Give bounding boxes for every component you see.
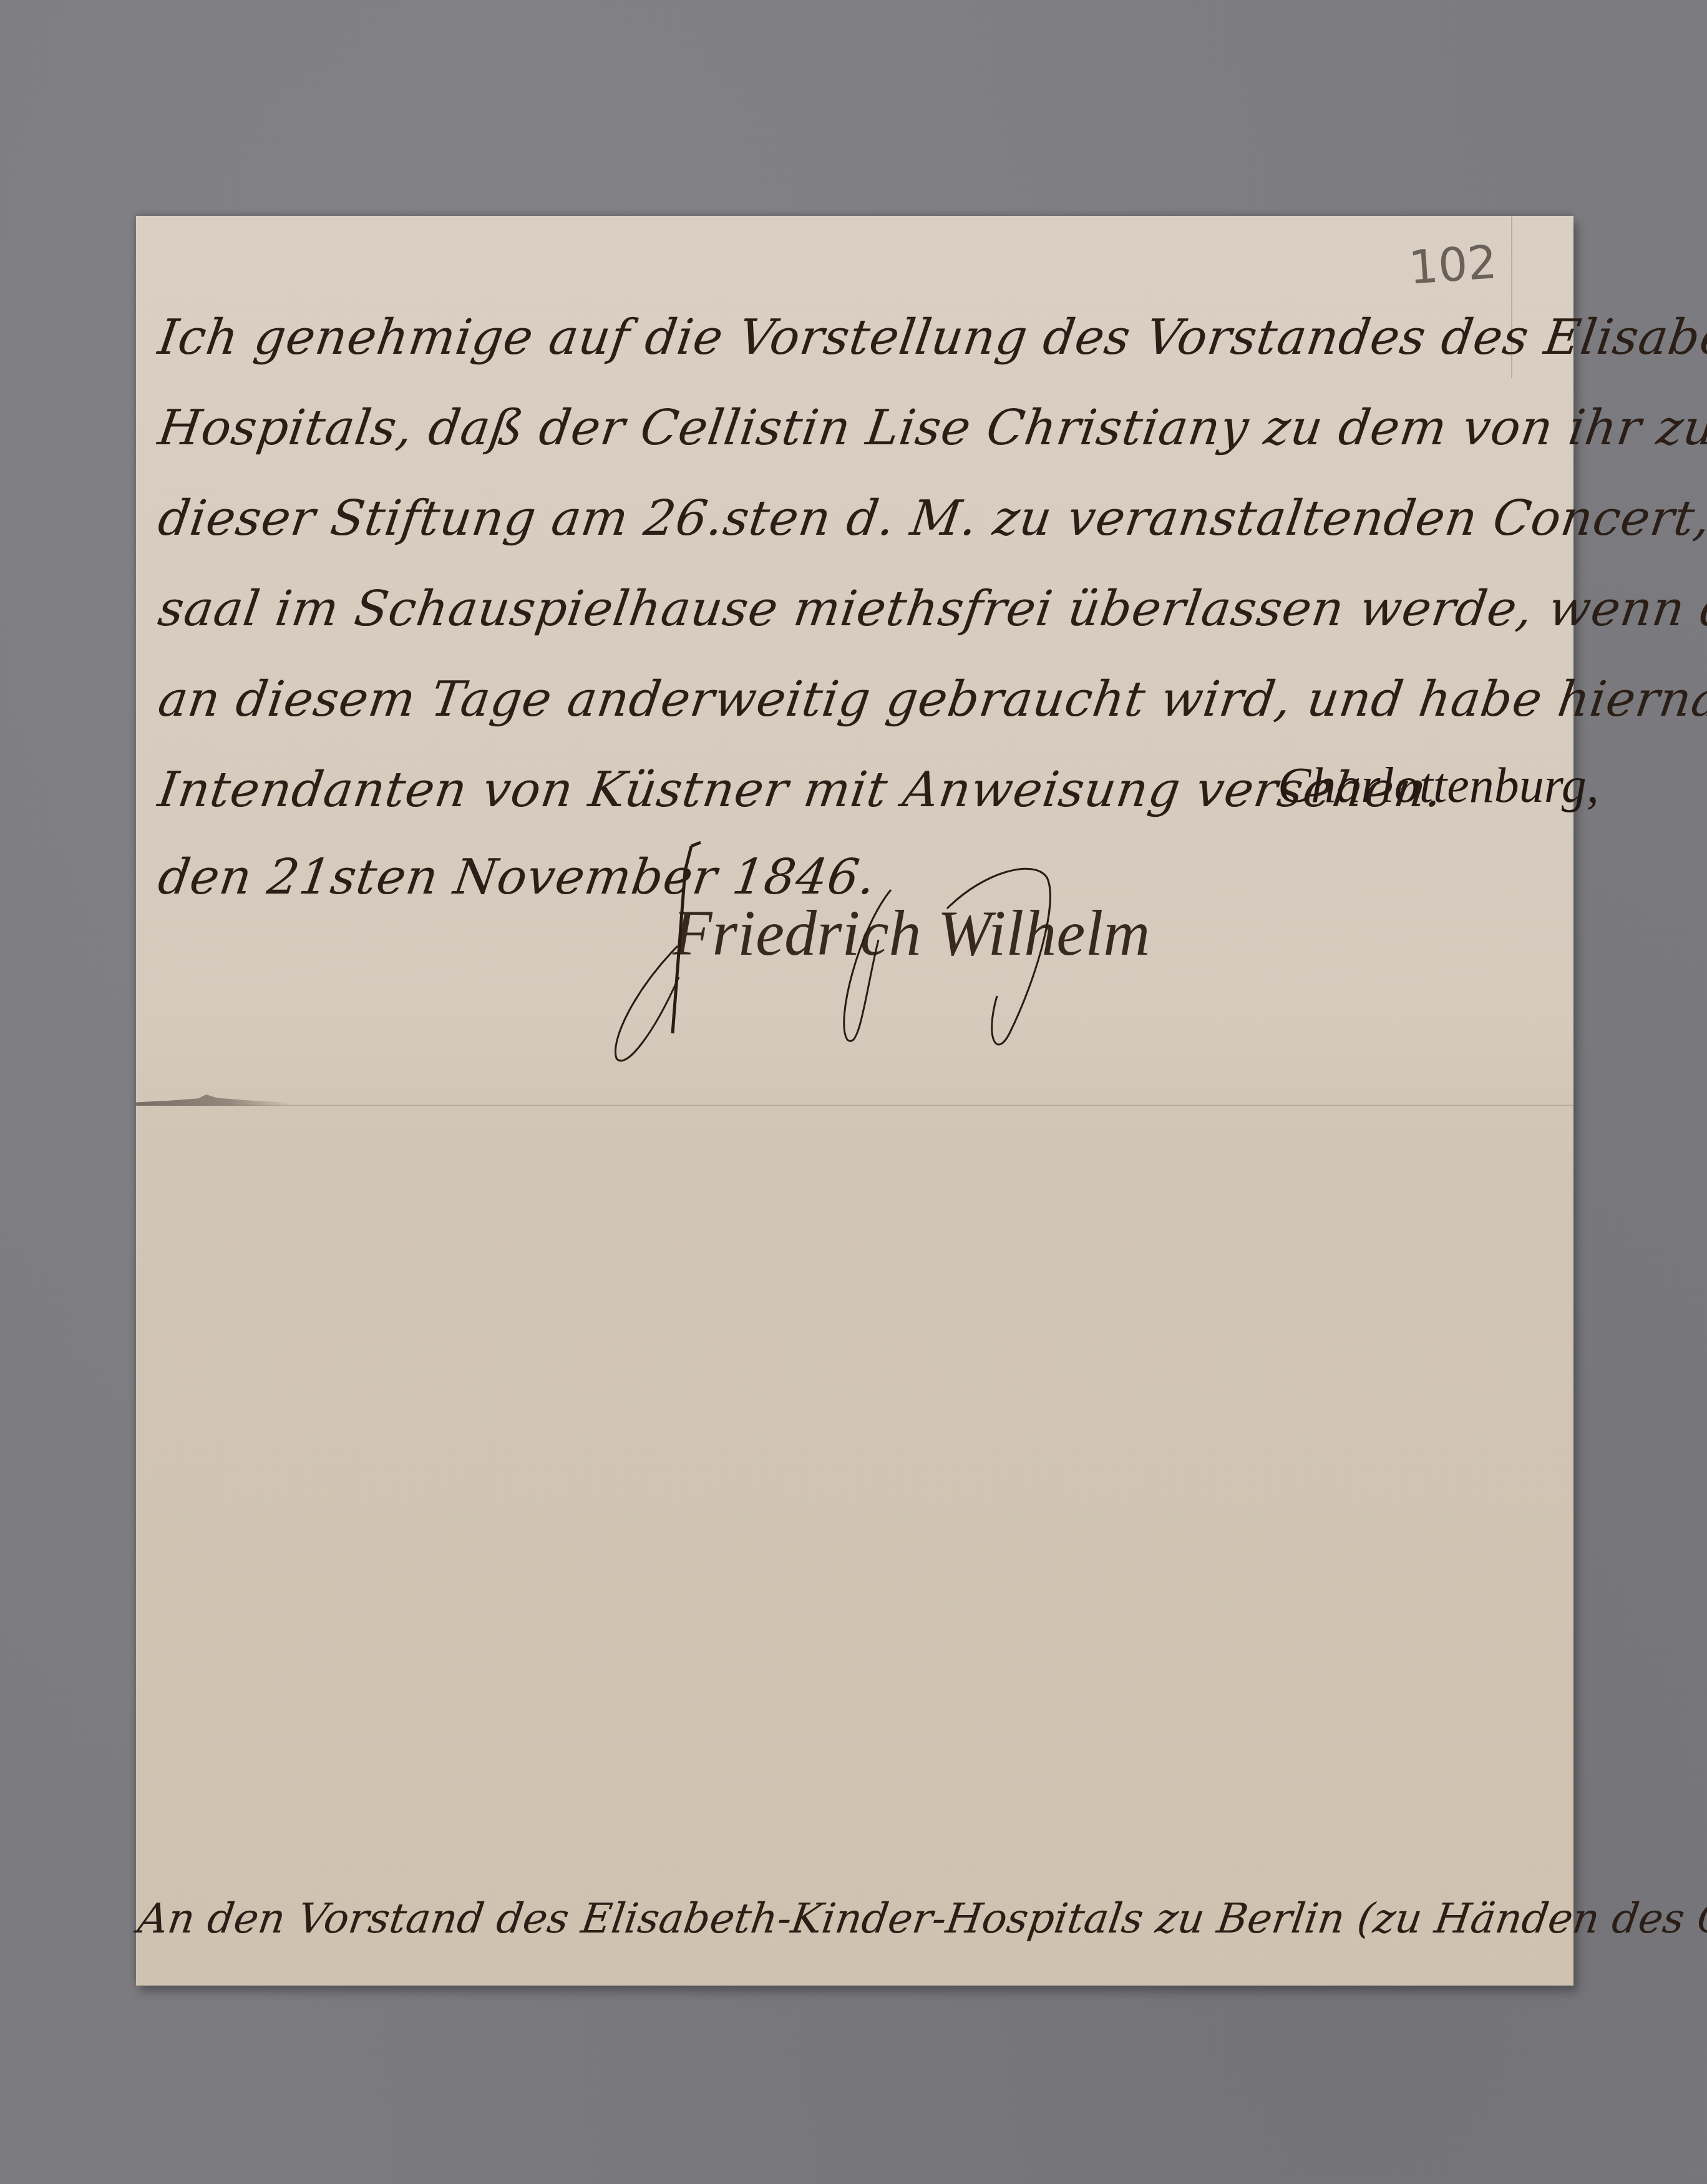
body-line-3: dieser Stiftung am 26.sten d. M. zu vera…	[155, 490, 1707, 547]
horizontal-fold-line	[136, 1104, 1573, 1106]
address-line: An den Vorstand des Elisabeth-Kinder-Hos…	[135, 1894, 1707, 1943]
folio-number: 102	[1407, 235, 1499, 295]
body-line-6: Intendanten von Küstner mit Anweisung ve…	[155, 762, 1446, 818]
paper-tear	[136, 1094, 292, 1106]
letter-sheet: 102 Ich genehmige auf die Vorstellung de…	[136, 216, 1573, 1986]
body-line-1: Ich genehmige auf die Vorstellung des Vo…	[155, 310, 1707, 366]
place-name: Charlottenburg,	[1278, 758, 1599, 814]
body-line-4: saal im Schauspielhause miethsfrei überl…	[155, 581, 1707, 637]
body-line-2: Hospitals, daß der Cellistin Lise Christ…	[155, 400, 1707, 456]
signature: Friedrich Wilhelm	[598, 834, 1159, 1071]
body-line-5: an diesem Tage anderweitig gebraucht wir…	[155, 671, 1707, 728]
signature-text: Friedrich Wilhelm	[673, 896, 1150, 970]
